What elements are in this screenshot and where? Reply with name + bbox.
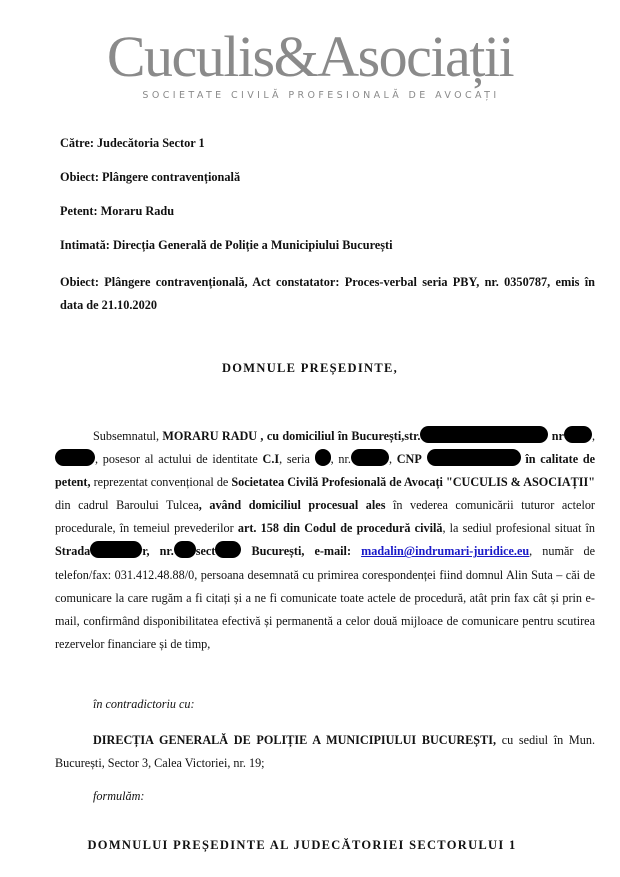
- legal-reference: art. 158 din Codul de procedură civilă: [238, 521, 443, 535]
- text: Strada: [55, 544, 90, 558]
- subject-line: Obiect: Plângere contravențională: [60, 169, 240, 185]
- logo-tagline: SOCIETATE CIVILĂ PROFESIONALĂ DE AVOCAȚI: [0, 90, 620, 101]
- redacted-detail: [55, 449, 95, 466]
- redacted-street: [420, 426, 548, 443]
- text: , nr.: [331, 452, 351, 466]
- contradictoriu-label: în contradictoriu cu:: [93, 697, 195, 712]
- redacted-street-office: [90, 541, 142, 558]
- recipient-line: Către: Judecătoria Sector 1: [60, 135, 205, 151]
- logo-wordmark: Cuculis&Asociații: [0, 28, 620, 86]
- text: din cadrul Baroului Tulcea: [55, 498, 199, 512]
- redacted-office-number: [174, 541, 196, 558]
- text: reprezentat convențional de: [91, 475, 232, 489]
- document-page: Cuculis&Asociații SOCIETATE CIVILĂ PROFE…: [0, 0, 620, 877]
- petitioner-line: Petent: Moraru Radu: [60, 203, 174, 219]
- closing-heading: DOMNULUI PREȘEDINTE AL JUDECĂTORIEI SECT…: [0, 838, 612, 853]
- redacted-sector: [215, 541, 241, 558]
- redacted-number: [564, 426, 592, 443]
- text: C.I: [263, 452, 280, 466]
- text: , număr de telefon/fax: 031.412.48.88/0,…: [55, 544, 595, 650]
- full-subject-line: Obiect: Plângere contravențională, Act c…: [60, 271, 595, 317]
- email-link[interactable]: madalin@indrumari-juridice.eu: [361, 544, 529, 558]
- text: sect: [196, 544, 216, 558]
- petitioner-name: MORARU RADU , cu domiciliul în București…: [162, 429, 420, 443]
- text: Subsemnatul,: [93, 429, 162, 443]
- salutation-heading: DOMNULE PREȘEDINTE,: [0, 361, 620, 376]
- text: nr: [552, 429, 564, 443]
- text: r, nr.: [142, 544, 174, 558]
- respondent-paragraph: DIRECȚIA GENERALĂ DE POLIȚIE A MUNICIPIU…: [55, 729, 595, 775]
- law-firm-name: Societatea Civilă Profesională de Avocaț…: [231, 475, 595, 489]
- main-paragraph: Subsemnatul, MORARU RADU , cu domiciliul…: [55, 425, 595, 656]
- formulam-label: formulăm:: [93, 789, 144, 804]
- text: CNP: [397, 452, 422, 466]
- text: , la sediul profesional situat în: [442, 521, 595, 535]
- redacted-id-series: [315, 449, 331, 466]
- respondent-line: Intimată: Direcția Generală de Poliție a…: [60, 237, 393, 253]
- text: , seria: [279, 452, 315, 466]
- text: București, e-mail:: [251, 544, 351, 558]
- firm-logo: Cuculis&Asociații SOCIETATE CIVILĂ PROFE…: [0, 28, 620, 101]
- redacted-cnp: [427, 449, 521, 466]
- redacted-id-number: [351, 449, 389, 466]
- text: , posesor al actului de identitate: [95, 452, 263, 466]
- respondent-name: DIRECȚIA GENERALĂ DE POLIȚIE A MUNICIPIU…: [93, 733, 496, 747]
- text: ,: [389, 452, 397, 466]
- text: , având domiciliul procesual ales: [199, 498, 386, 512]
